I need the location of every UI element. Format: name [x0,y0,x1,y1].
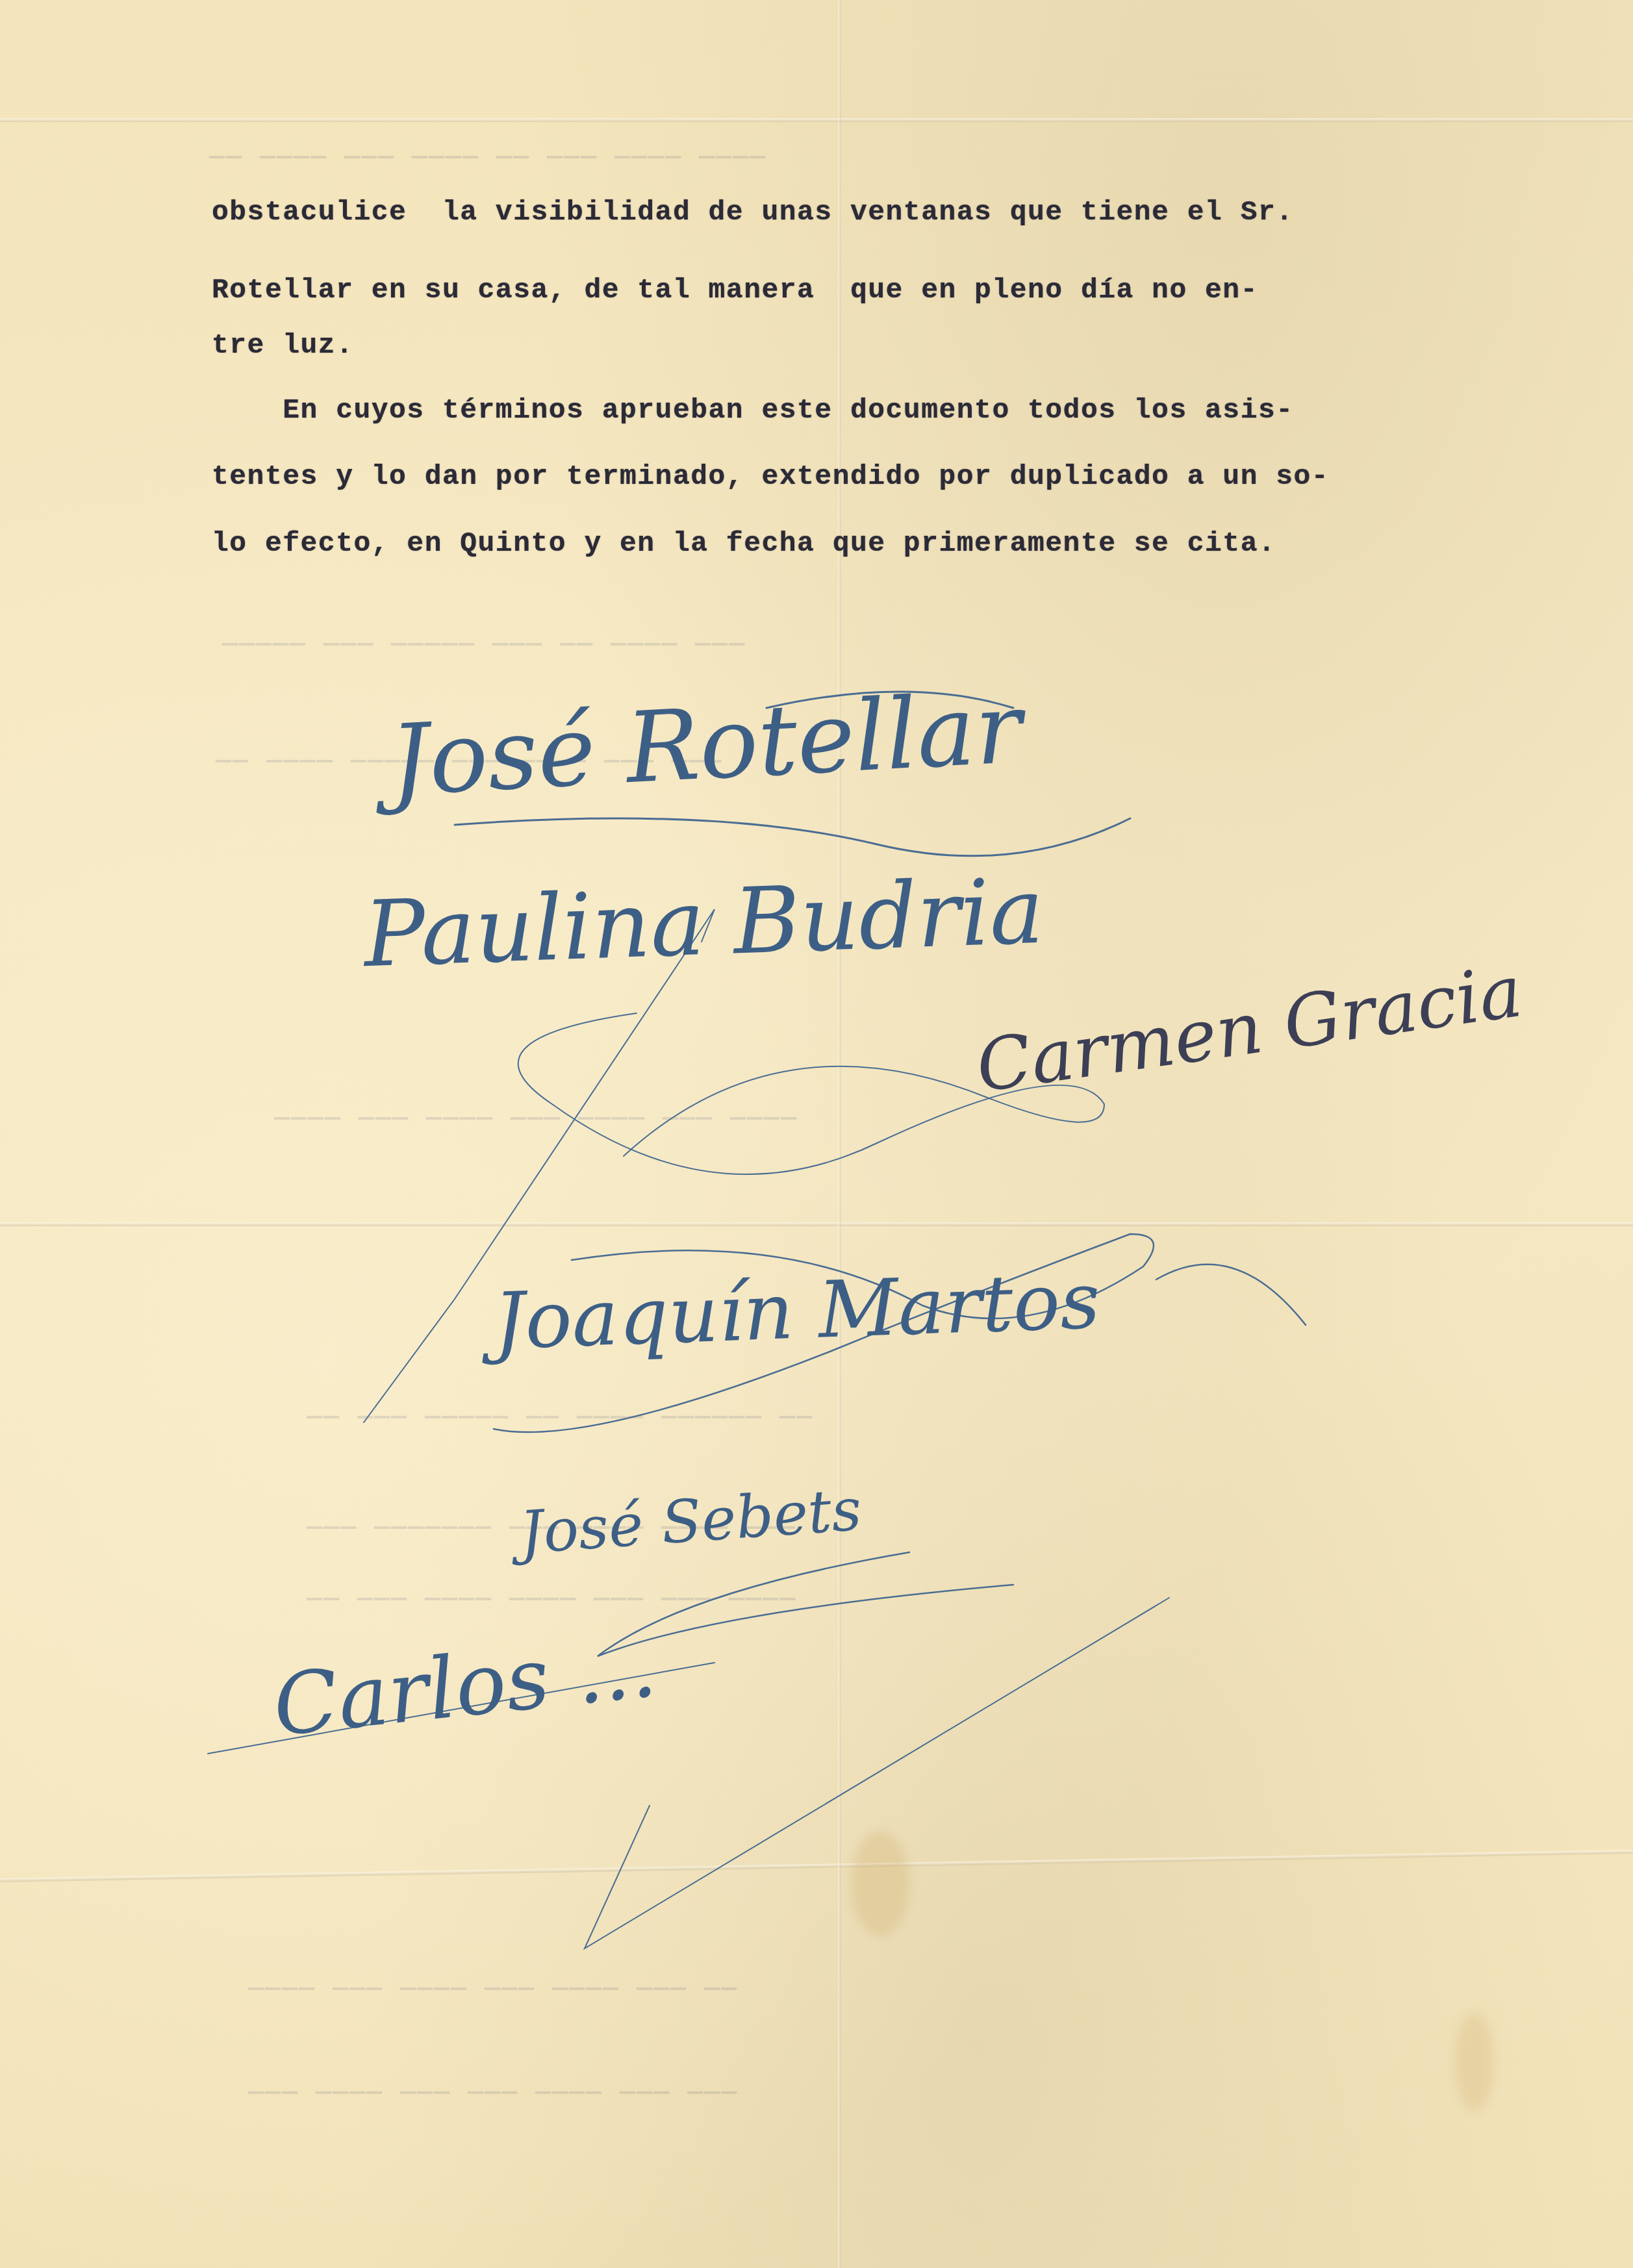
paper-stain [1455,2013,1494,2111]
signature-flourishes [0,0,1633,2268]
paper-stain [851,1832,909,1935]
